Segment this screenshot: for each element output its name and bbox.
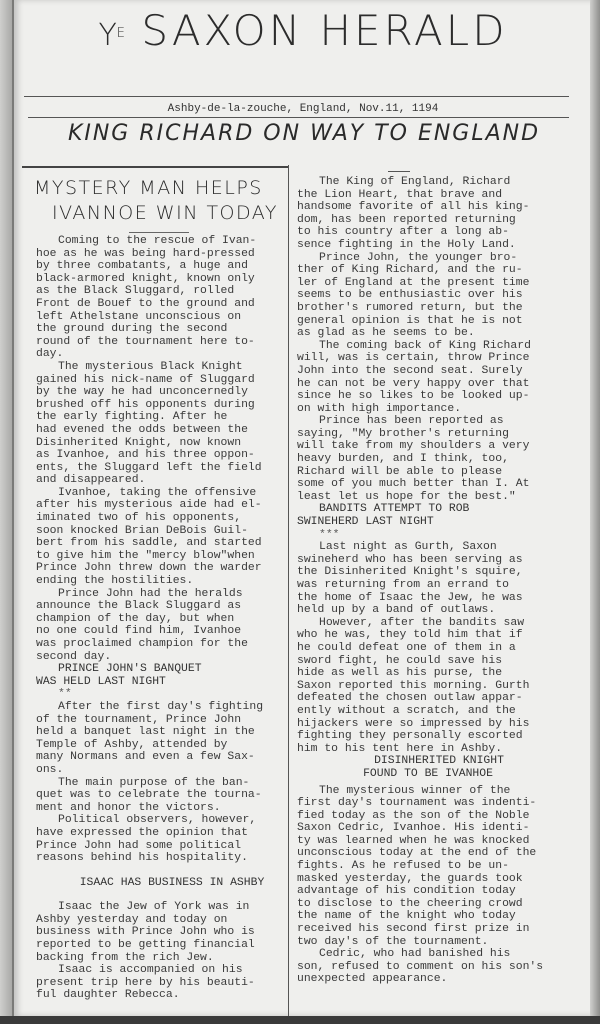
ivanhoe-paragraph: Cedric, who had banished his son, refuse… [297,948,559,986]
bandits-article-marker: *** [297,529,559,542]
spacer [36,889,286,901]
isaac-article-body: Isaac the Jew of York was in Ashby yeste… [36,901,286,1002]
banquet-article-marker: ** [36,688,286,701]
banquet-paragraph: After the first day's fighting of the to… [36,701,286,777]
bandits-article-body: Last night as Gurth, Saxon swineherd who… [297,541,559,755]
masthead-ye: YE [98,18,125,53]
ivanhoe-article-body: The mysterious winner of the first day's… [297,785,559,987]
lead-paragraph: The mysterious Black Knight gained his n… [36,361,286,487]
book-spine-edge [0,0,12,1024]
ivanhoe-article-headline: DISINHERITED KNIGHT FOUND TO BE IVANHOE [297,755,559,780]
king-paragraph: The King of England, Richard the Lion He… [297,176,559,252]
page-right-edge [590,0,600,1024]
bandits-paragraph: Last night as Gurth, Saxon swineherd who… [297,541,559,617]
right-column: The King of England, Richard the Lion He… [297,176,559,986]
lead-headline-rule [129,232,189,233]
king-paragraph: Prince John, the younger bro- ther of Ki… [297,252,559,340]
masthead-ye-y: Y [98,18,116,53]
masthead: YE SAXON HERALD [14,6,592,55]
banquet-paragraph: Political observers, however, have expre… [36,814,286,864]
masthead-rule-top [24,96,569,97]
banquet-paragraph: The main purpose of the ban- quet was to… [36,777,286,815]
newspaper-page: YE SAXON HERALD Ashby-de-la-zouche, Engl… [12,0,592,1016]
banquet-article-body: After the first day's fighting of the to… [36,701,286,865]
masthead-rule-bottom [28,117,569,118]
banquet-article-headline: PRINCE JOHN'S BANQUET WAS HELD LAST NIGH… [36,663,286,688]
left-column: Coming to the rescue of Ivan- hoe as he … [36,235,286,1002]
page-bottom-edge [0,1016,600,1024]
isaac-article-headline: ISAAC HAS BUSINESS IN ASHBY [36,877,286,890]
lead-article-body: Coming to the rescue of Ivan- hoe as he … [36,235,286,663]
lead-headline-line1: MYSTERY MAN HELPS [34,177,263,199]
main-headline: KING RICHARD ON WAY TO ENGLAND [34,121,574,146]
lead-paragraph: Prince John had the heralds announce the… [36,588,286,664]
masthead-title: SAXON HERALD [141,6,507,55]
dateline: Ashby-de-la-zouche, England, Nov.11, 119… [14,103,592,115]
king-paragraph: The coming back of King Richard will, wa… [297,340,559,416]
masthead-ye-e: E [117,26,125,41]
bandits-article-headline: BANDITS ATTEMPT TO ROB SWINEHERD LAST NI… [297,503,559,528]
isaac-paragraph: Isaac the Jew of York was in Ashby yeste… [36,901,286,964]
lead-headline-line2: IVANNOE WIN TODAY [34,201,289,226]
lead-paragraph: Coming to the rescue of Ivan- hoe as he … [36,235,286,361]
king-article-body: The King of England, Richard the Lion He… [297,176,559,503]
lead-article-headline: MYSTERY MAN HELPS IVANNOE WIN TODAY [34,176,289,226]
ivanhoe-paragraph: The mysterious winner of the first day's… [297,785,559,949]
king-paragraph: Prince has been reported as saying, "My … [297,415,559,503]
bandits-paragraph: However, after the bandits saw who he wa… [297,617,559,756]
isaac-paragraph: Isaac is accompanied on his present trip… [36,964,286,1002]
lead-paragraph: Ivanhoe, taking the offensive after his … [36,487,286,588]
right-column-short-rule [388,171,410,172]
